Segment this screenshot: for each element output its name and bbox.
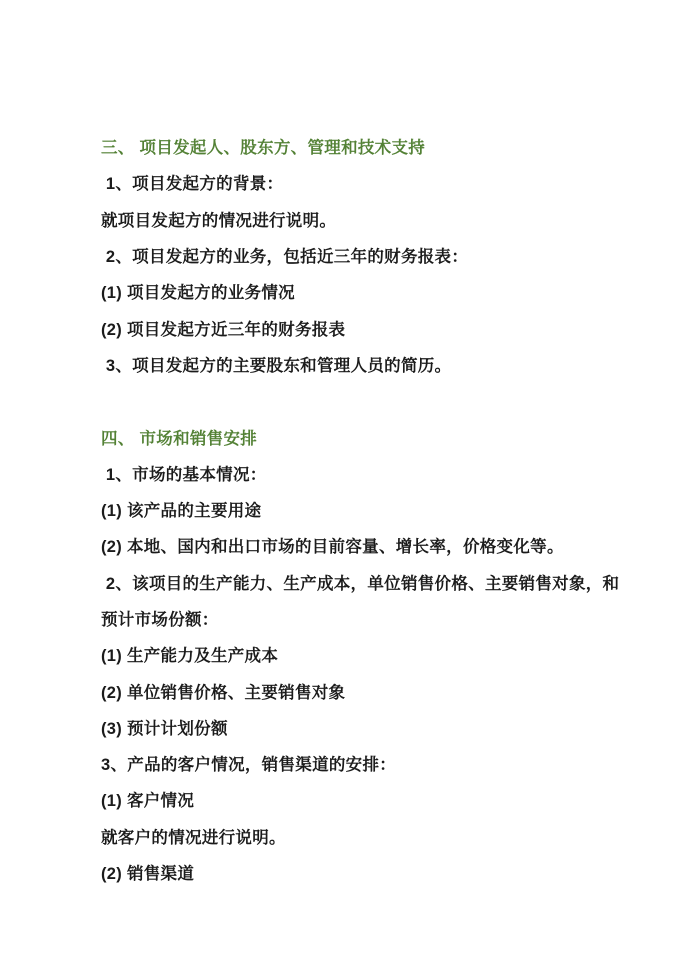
doc-line: (1) 生产能力及生产成本 (101, 636, 690, 672)
doc-line: (1) 项目发起方的业务情况 (101, 273, 690, 309)
doc-line: 就项目发起方的情况进行说明。 (101, 201, 690, 237)
document-page: 三、 项目发起人、股东方、管理和技术支持 1、项目发起方的背景： 就项目发起方的… (0, 0, 690, 976)
doc-line: 2、该项目的生产能力、生产成本，单位销售价格、主要销售对象，和 (101, 564, 690, 600)
section-heading: 四、 市场和销售安排 (101, 418, 690, 454)
doc-line: (2) 本地、国内和出口市场的目前容量、增长率，价格变化等。 (101, 527, 690, 563)
doc-line: (1) 该产品的主要用途 (101, 491, 690, 527)
section-spacer (101, 382, 690, 418)
doc-line: 预计市场份额： (101, 600, 690, 636)
doc-line: 2、项目发起方的业务，包括近三年的财务报表： (101, 237, 690, 273)
doc-line: 就客户的情况进行说明。 (101, 818, 690, 854)
document-content: 三、 项目发起人、股东方、管理和技术支持 1、项目发起方的背景： 就项目发起方的… (101, 128, 690, 890)
doc-line: (1) 客户情况 (101, 781, 690, 817)
section-sponsors: 三、 项目发起人、股东方、管理和技术支持 1、项目发起方的背景： 就项目发起方的… (101, 128, 690, 382)
section-market-sales: 四、 市场和销售安排 1、市场的基本情况： (1) 该产品的主要用途 (2) 本… (101, 418, 690, 890)
doc-line: 3、项目发起方的主要股东和管理人员的简历。 (101, 346, 690, 382)
doc-line: (2) 项目发起方近三年的财务报表 (101, 309, 690, 345)
doc-line: 3、产品的客户情况，销售渠道的安排： (101, 745, 690, 781)
section-heading: 三、 项目发起人、股东方、管理和技术支持 (101, 128, 690, 164)
doc-line: 1、市场的基本情况： (101, 455, 690, 491)
doc-line: 1、项目发起方的背景： (101, 164, 690, 200)
doc-line: (2) 单位销售价格、主要销售对象 (101, 672, 690, 708)
doc-line: (3) 预计计划份额 (101, 709, 690, 745)
doc-line: (2) 销售渠道 (101, 854, 690, 890)
